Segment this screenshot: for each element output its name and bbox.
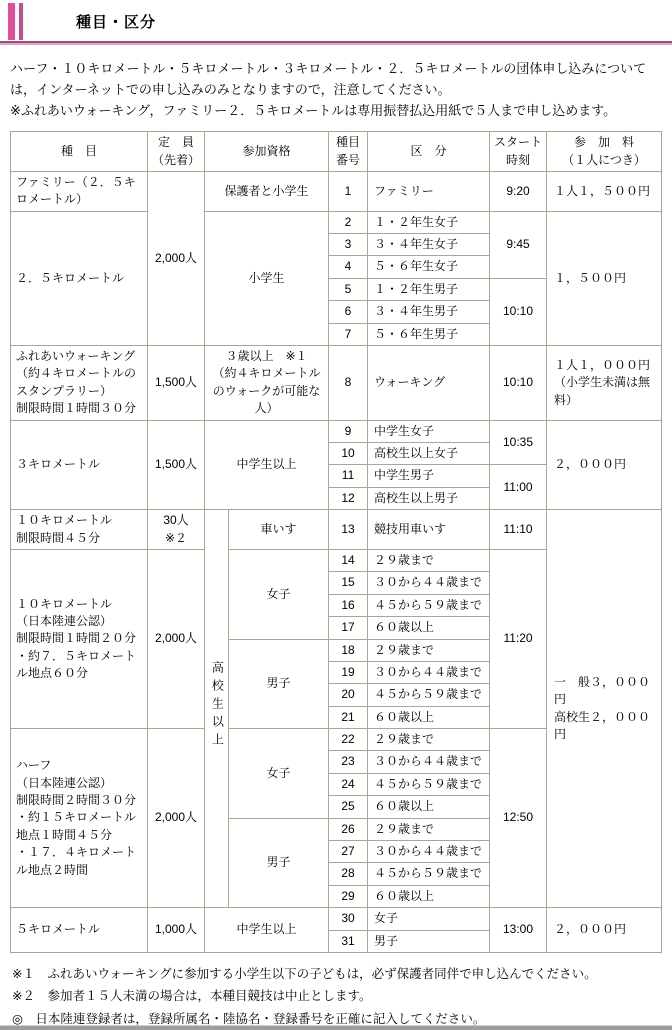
start-time-cell: 13:00 [490,908,547,953]
eligibility-cell: 小学生 [205,211,329,345]
category-cell: ２９歳まで [368,639,490,661]
category-cell: ３０から４４歳まで [368,841,490,863]
event-cell: １０キロメートル 制限時間４５分 [11,510,148,550]
footnote-2: ※２ 参加者１５人未満の場合は，本種目競技は中止とします。 [12,985,662,1008]
eligibility-vertical-label: 高校生以上 [208,661,225,751]
event-number-cell: 26 [329,818,368,840]
header-start-time: スタート 時刻 [490,132,547,172]
table-row: １０キロメートル 制限時間４５分 30人 ※２ 高校生以上 車いす 13 競技用… [11,510,662,550]
event-number-cell: 5 [329,278,368,300]
start-time-cell: 10:10 [490,278,547,345]
start-time-cell: 11:10 [490,510,547,550]
category-cell: ２９歳まで [368,549,490,571]
event-number-cell: 19 [329,661,368,683]
capacity-cell: 1,000人 [148,908,205,953]
start-time-cell: 12:50 [490,729,547,908]
event-category-table: 種 目 定 員 （先着） 参加資格 種目 番号 区 分 スタート 時刻 参 加 … [10,131,662,953]
category-cell: ５・６年生女子 [368,256,490,278]
event-number-cell: 30 [329,908,368,930]
start-time-cell: 11:00 [490,465,547,510]
table-row: ２．５キロメートル 小学生 2 １・２年生女子 9:45 １，５００円 [11,211,662,233]
table-row: ふれあいウォーキング （約４キロメートルのスタンプラリー） 制限時間１時間３０分… [11,346,662,421]
event-number-cell: 3 [329,234,368,256]
intro-line-1: ハーフ・１０キロメートル・５キロメートル・３キロメートル・２．５キロメートルの団… [10,58,664,100]
category-cell: 高校生以上女子 [368,443,490,465]
start-time-cell: 11:20 [490,549,547,728]
event-number-cell: 7 [329,323,368,345]
page-title: 種目・区分 [76,14,156,31]
category-cell: ６０歳以上 [368,617,490,639]
event-number-cell: 25 [329,796,368,818]
category-cell: ４５から５９歳まで [368,684,490,706]
event-number-cell: 27 [329,841,368,863]
category-cell: ６０歳以上 [368,706,490,728]
event-number-cell: 11 [329,465,368,487]
event-cell: １０キロメートル （日本陸連公認） 制限時間１時間２０分 ・約７．５キロメートル… [11,549,148,728]
page: 種目・区分 ハーフ・１０キロメートル・５キロメートル・３キロメートル・２．５キロ… [0,0,672,1030]
category-cell: ４５から５９歳まで [368,594,490,616]
eligibility-group-cell: 車いす [229,510,329,550]
event-number-cell: 8 [329,346,368,421]
category-cell: ４５から５９歳まで [368,773,490,795]
start-time-cell: 9:45 [490,211,547,278]
fee-cell: １人１，５００円 [547,171,662,211]
capacity-cell: 2,000人 [148,171,205,345]
intro-line-2: ※ふれあいウォーキング，ファミリー２．５キロメートルは専用振替払込用紙で５人まで… [10,100,664,121]
table-row: ファミリー（２．５キロメートル） 2,000人 保護者と小学生 1 ファミリー … [11,171,662,211]
category-cell: １・２年生女子 [368,211,490,233]
event-number-cell: 21 [329,706,368,728]
header-fee: 参 加 料 （１人につき） [547,132,662,172]
capacity-cell: 2,000人 [148,729,205,908]
category-cell: ５・６年生男子 [368,323,490,345]
event-number-cell: 28 [329,863,368,885]
event-number-cell: 16 [329,594,368,616]
category-cell: ３０から４４歳まで [368,751,490,773]
capacity-cell: 1,500人 [148,346,205,421]
eligibility-cell: 保護者と小学生 [205,171,329,211]
category-cell: ６０歳以上 [368,885,490,907]
event-number-cell: 12 [329,487,368,509]
category-cell: ３・４年生男子 [368,301,490,323]
start-time-cell: 10:35 [490,420,547,465]
event-number-cell: 1 [329,171,368,211]
event-number-cell: 31 [329,930,368,952]
bottom-divider [0,1025,672,1030]
capacity-cell: 2,000人 [148,549,205,728]
eligibility-vertical-cell: 高校生以上 [205,510,229,908]
fee-cell: ２，０００円 [547,908,662,953]
table-row: ５キロメートル 1,000人 中学生以上 30 女子 13:00 ２，０００円 [11,908,662,930]
fee-cell: ２，０００円 [547,420,662,510]
eligibility-cell: 中学生以上 [205,908,329,953]
event-cell: ２．５キロメートル [11,211,148,345]
event-cell: ふれあいウォーキング （約４キロメートルのスタンプラリー） 制限時間１時間３０分 [11,346,148,421]
footnote-1: ※１ ふれあいウォーキングに参加する小学生以下の子どもは，必ず保護者同伴で申し込… [12,963,662,986]
header-number: 種目 番号 [329,132,368,172]
event-number-cell: 6 [329,301,368,323]
category-cell: 男子 [368,930,490,952]
category-cell: ４５から５９歳まで [368,863,490,885]
event-number-cell: 29 [329,885,368,907]
event-number-cell: 13 [329,510,368,550]
title-rule [0,43,672,45]
category-cell: ２９歳まで [368,818,490,840]
category-cell: 高校生以上男子 [368,487,490,509]
event-number-cell: 10 [329,443,368,465]
event-number-cell: 20 [329,684,368,706]
eligibility-group-cell: 女子 [229,549,329,639]
category-cell: ウォーキング [368,346,490,421]
category-cell: 競技用車いす [368,510,490,550]
category-cell: 中学生男子 [368,465,490,487]
event-number-cell: 24 [329,773,368,795]
accent-bar-icon [8,3,15,40]
category-cell: ３・４年生女子 [368,234,490,256]
capacity-cell: 1,500人 [148,420,205,510]
footnotes: ※１ ふれあいウォーキングに参加する小学生以下の子どもは，必ず保護者同伴で申し込… [12,963,662,1030]
category-cell: １・２年生男子 [368,278,490,300]
fee-cell: 一 般３，０００円 高校生２，０００円 [547,510,662,908]
eligibility-cell: 中学生以上 [205,420,329,510]
fee-cell: １，５００円 [547,211,662,345]
event-number-cell: 18 [329,639,368,661]
event-cell: ファミリー（２．５キロメートル） [11,171,148,211]
event-number-cell: 4 [329,256,368,278]
table-row: ３キロメートル 1,500人 中学生以上 9 中学生女子 10:35 ２，０００… [11,420,662,442]
category-cell: ファミリー [368,171,490,211]
event-cell: ３キロメートル [11,420,148,510]
section-header: 種目・区分 [0,0,672,41]
header-eligibility: 参加資格 [205,132,329,172]
category-cell: ２９歳まで [368,729,490,751]
event-number-cell: 9 [329,420,368,442]
event-number-cell: 22 [329,729,368,751]
start-time-cell: 9:20 [490,171,547,211]
event-number-cell: 17 [329,617,368,639]
accent-bar-icon [19,3,23,40]
table-header-row: 種 目 定 員 （先着） 参加資格 種目 番号 区 分 スタート 時刻 参 加 … [11,132,662,172]
category-cell: ６０歳以上 [368,796,490,818]
header-event: 種 目 [11,132,148,172]
fee-cell: １人１，０００円 （小学生未満は無料） [547,346,662,421]
start-time-cell: 10:10 [490,346,547,421]
event-number-cell: 14 [329,549,368,571]
event-cell: ５キロメートル [11,908,148,953]
eligibility-cell: ３歳以上 ※１ （約４キロメートルのウォークが可能な人） [205,346,329,421]
header-category: 区 分 [368,132,490,172]
header-capacity: 定 員 （先着） [148,132,205,172]
event-number-cell: 2 [329,211,368,233]
category-cell: 中学生女子 [368,420,490,442]
capacity-cell: 30人 ※２ [148,510,205,550]
intro-text: ハーフ・１０キロメートル・５キロメートル・３キロメートル・２．５キロメートルの団… [10,58,664,121]
event-cell: ハーフ （日本陸連公認） 制限時間２時間３０分 ・約１５キロメートル地点１時間４… [11,729,148,908]
category-cell: 女子 [368,908,490,930]
category-cell: ３０から４４歳まで [368,572,490,594]
eligibility-group-cell: 男子 [229,639,329,729]
category-cell: ３０から４４歳まで [368,661,490,683]
eligibility-group-cell: 女子 [229,729,329,819]
eligibility-group-cell: 男子 [229,818,329,908]
event-number-cell: 15 [329,572,368,594]
event-number-cell: 23 [329,751,368,773]
